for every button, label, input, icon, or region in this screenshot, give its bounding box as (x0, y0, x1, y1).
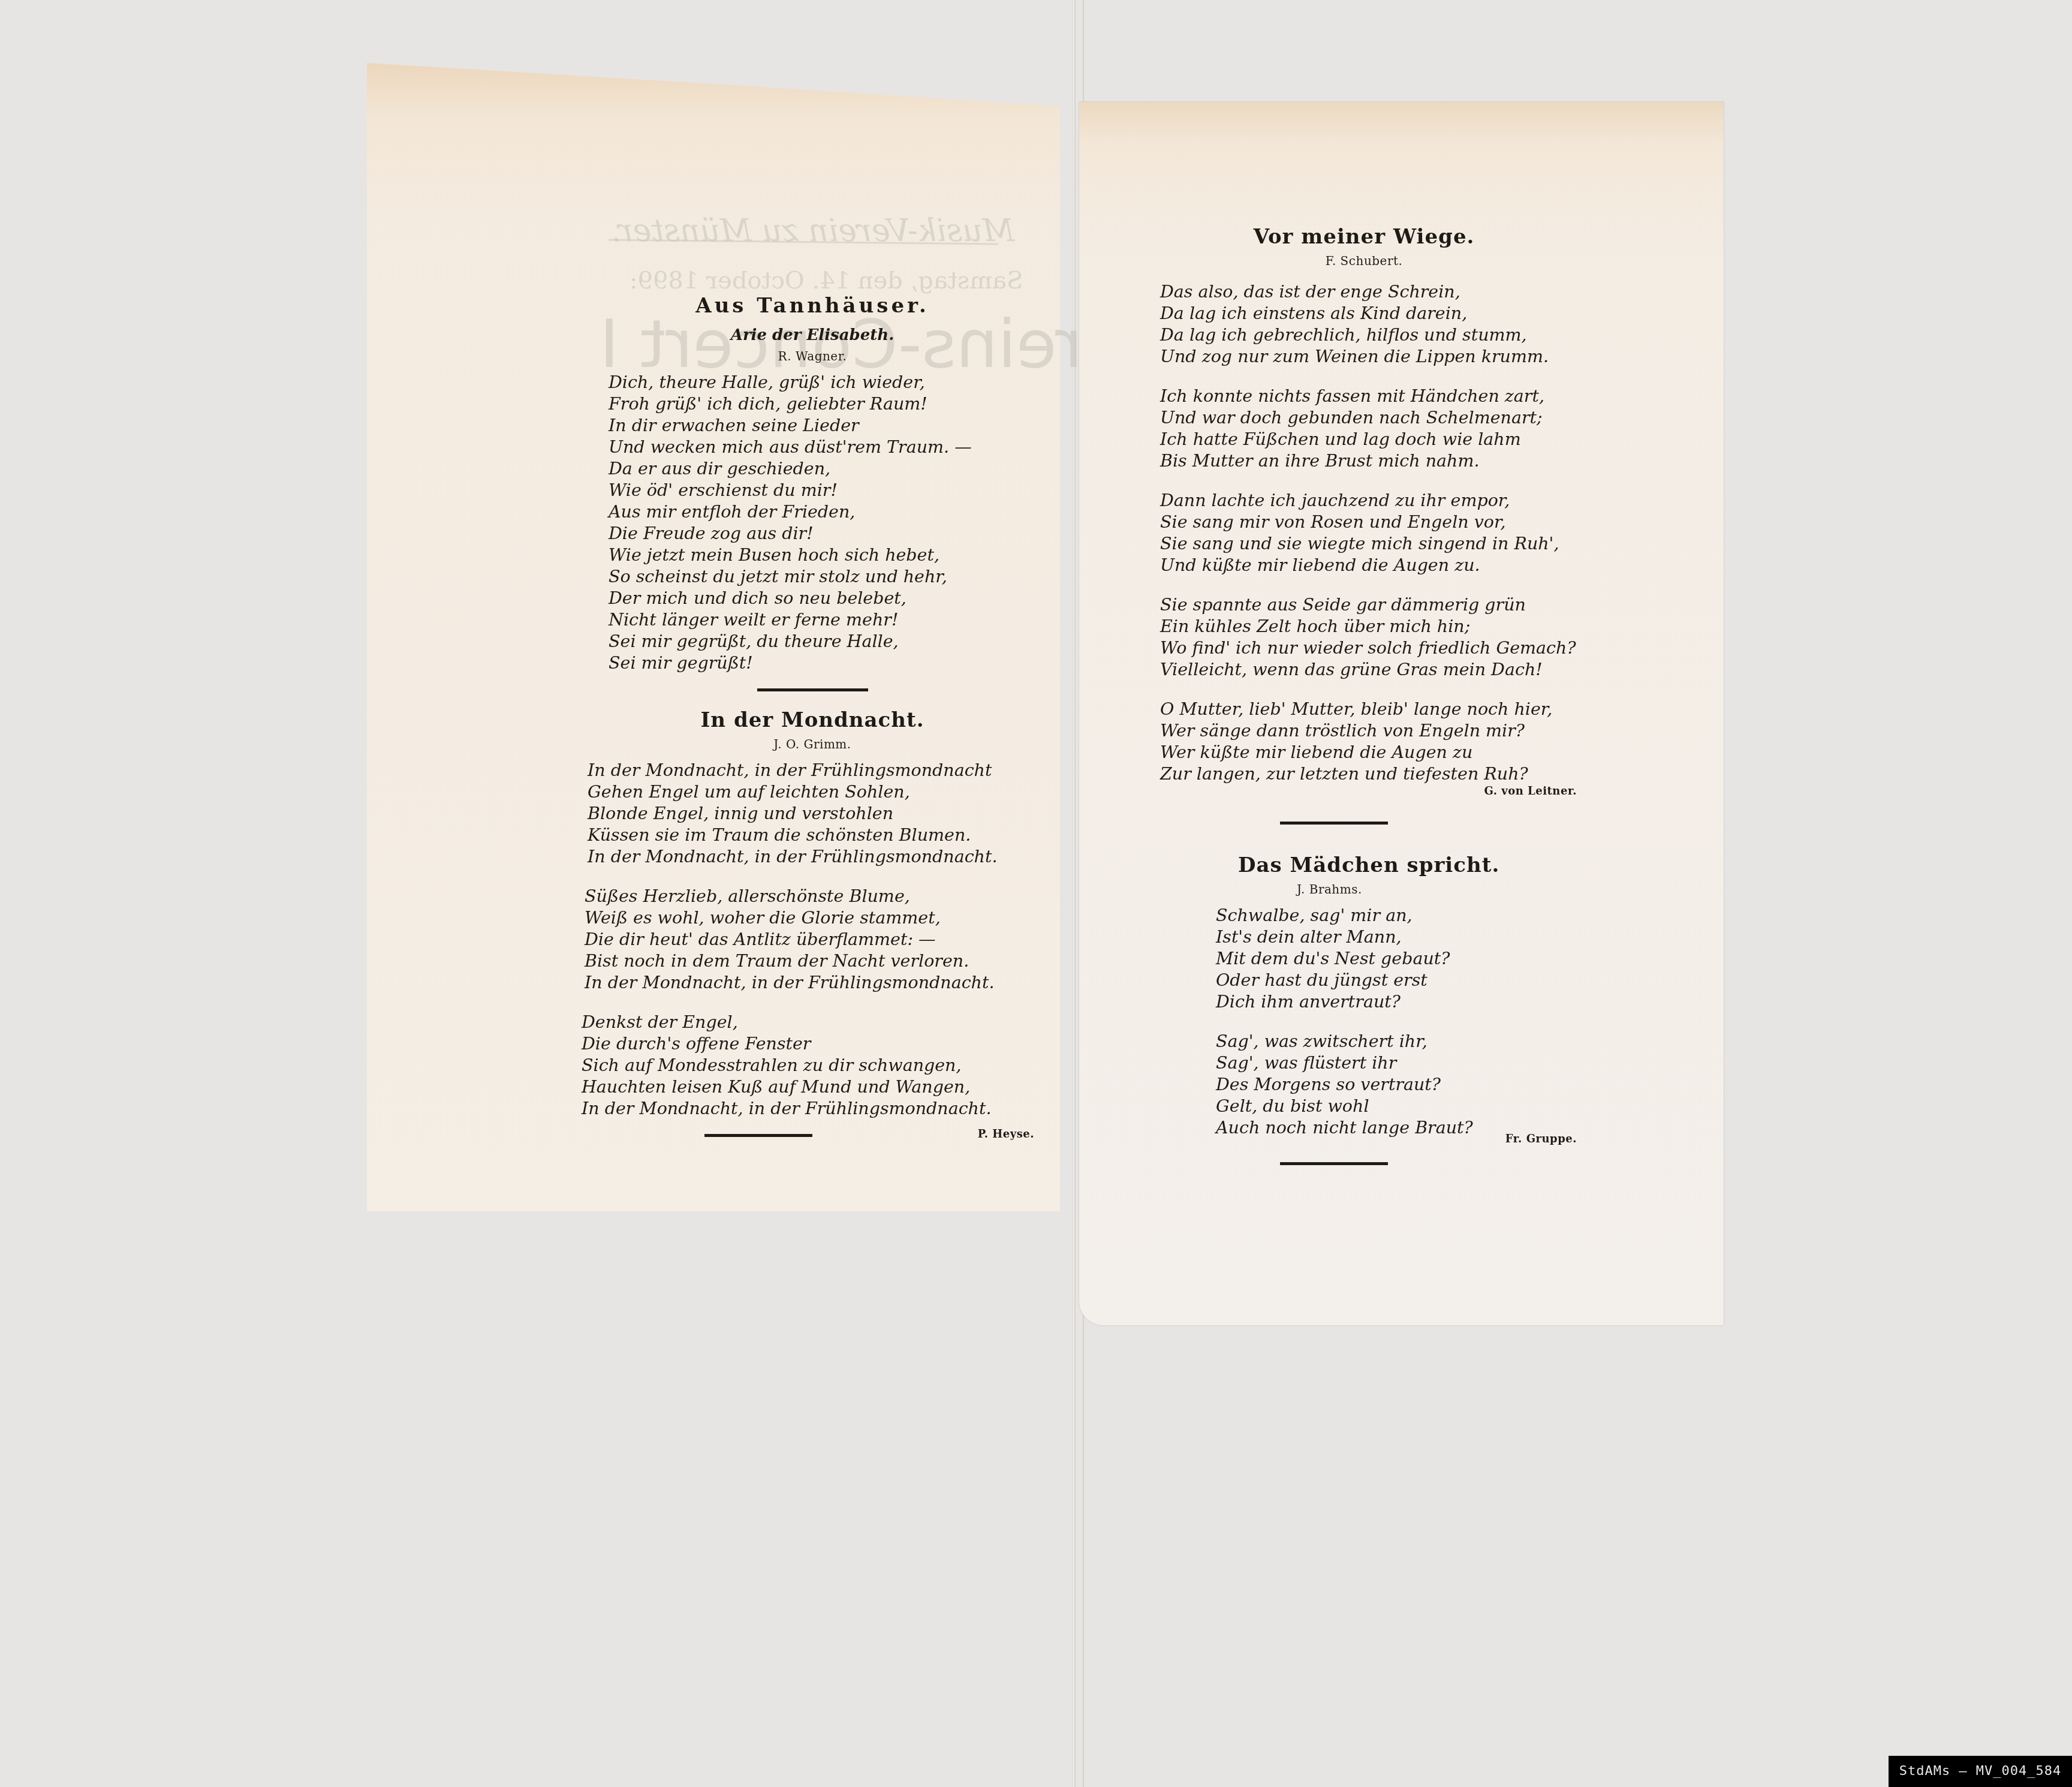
verse-line: Zur langen, zur letzten und tiefesten Ru… (1160, 763, 1568, 785)
verse-line: In dir erwachen seine Lieder (609, 415, 1022, 437)
stanza: In der Mondnacht, in der Frühlingsmondna… (588, 760, 1022, 868)
composer-name: R. Wagner. (603, 349, 1022, 363)
verse-line: Da er aus dir geschieden, (609, 458, 1022, 480)
verse-line: In der Mondnacht, in der Frühlingsmondna… (588, 760, 1022, 781)
verse-line: Wie öd' erschienst du mir! (609, 480, 1022, 501)
verse-line: Sei mir gegrüßt! (609, 652, 1022, 674)
composer-name: J. Brahms. (1297, 882, 1568, 896)
left-page-content: Aus Tannhäuser. Arie der Elisabeth. R. W… (603, 294, 1022, 1146)
verse-line: Nicht länger weilt er ferne mehr! (609, 609, 1022, 631)
verse-line: Sag', was flüstert ihr (1216, 1052, 1568, 1074)
stanza: Dich, theure Halle, grüß' ich wieder, Fr… (609, 372, 1022, 674)
mount-fold (1072, 0, 1076, 1787)
verse-line: Oder hast du jüngst erst (1216, 970, 1568, 991)
section-divider (1280, 822, 1388, 825)
verse-line: Küssen sie im Traum die schönsten Blumen… (588, 825, 1022, 846)
stanza: Sag', was zwitschert ihr, Sag', was flüs… (1216, 1031, 1568, 1139)
verse-line: Ist's dein alter Mann, (1216, 926, 1568, 948)
verse-line: Vielleicht, wenn das grüne Gras mein Dac… (1160, 659, 1568, 681)
verse-line: Die dir heut' das Antlitz überflammet: — (585, 929, 1022, 950)
verse-line: Denkst der Engel, (582, 1012, 1022, 1033)
verse-line: Süßes Herzlieb, allerschönste Blume, (585, 886, 1022, 907)
song-tannhaeuser: Aus Tannhäuser. Arie der Elisabeth. R. W… (603, 294, 1022, 691)
verse-line: Mit dem du's Nest gebaut? (1216, 948, 1568, 970)
verse-line: Schwalbe, sag' mir an, (1216, 905, 1568, 926)
verse-line: Dich ihm anvertraut? (1216, 991, 1568, 1013)
song-subtitle: Arie der Elisabeth. (603, 326, 1022, 344)
song-title: Vor meiner Wiege. (1160, 225, 1568, 249)
verse-line: In der Mondnacht, in der Frühlingsmondna… (582, 1098, 1022, 1120)
verse-line: Sich auf Mondesstrahlen zu dir schwangen… (582, 1055, 1022, 1076)
verse-line: Sie spannte aus Seide gar dämmerig grün (1160, 594, 1568, 616)
section-footer: P. Heyse. (603, 1128, 1022, 1146)
verse-line: Ich hatte Füßchen und lag doch wie lahm (1160, 429, 1568, 450)
verse-line: Sag', was zwitschert ihr, (1216, 1031, 1568, 1052)
verse-line: Sie sang mir von Rosen und Engeln vor, (1160, 512, 1568, 533)
verse-line: Und zog nur zum Weinen die Lippen krumm. (1160, 346, 1568, 368)
composer-name: F. Schubert. (1160, 254, 1568, 268)
song-vor-meiner-wiege: Vor meiner Wiege. F. Schubert. Das also,… (1160, 225, 1568, 825)
stanza: Dann lachte ich jauchzend zu ihr empor, … (1160, 490, 1568, 576)
verse-line: Froh grüß' ich dich, geliebter Raum! (609, 393, 1022, 415)
verse-line: Wer sänge dann tröstlich von Engeln mir? (1160, 720, 1568, 742)
verse-line: Wo find' ich nur wieder solch friedlich … (1160, 637, 1568, 659)
poet-name: P. Heyse. (978, 1128, 1034, 1141)
verse-line: In der Mondnacht, in der Frühlingsmondna… (588, 846, 1022, 868)
verse-line: Da lag ich einstens als Kind darein, (1160, 303, 1568, 324)
composer-name: J. O. Grimm. (603, 737, 1022, 751)
right-page-content: Vor meiner Wiege. F. Schubert. Das also,… (1160, 225, 1568, 1165)
verse-line: Das also, das ist der enge Schrein, (1160, 281, 1568, 303)
stanza: Sie spannte aus Seide gar dämmerig grün … (1160, 594, 1568, 681)
verse-line: So scheinst du jetzt mir stolz und hehr, (609, 566, 1022, 588)
stanza: Süßes Herzlieb, allerschönste Blume, Wei… (585, 886, 1022, 994)
stanza: Denkst der Engel, Die durch's offene Fen… (582, 1012, 1022, 1120)
verse-line: Weiß es wohl, woher die Glorie stammet, (585, 907, 1022, 929)
verse-line: O Mutter, lieb' Mutter, bleib' lange noc… (1160, 699, 1568, 720)
poet-name: G. von Leitner. (1160, 785, 1577, 798)
verse-line: Dich, theure Halle, grüß' ich wieder, (609, 372, 1022, 393)
verse-line: Sei mir gegrüßt, du theure Halle, (609, 631, 1022, 652)
verse-line: Dann lachte ich jauchzend zu ihr empor, (1160, 490, 1568, 512)
verse-line: Sie sang und sie wiegte mich singend in … (1160, 533, 1568, 555)
verse-line: Gehen Engel um auf leichten Sohlen, (588, 781, 1022, 803)
section-divider (757, 688, 868, 691)
verse-line: Ich konnte nichts fassen mit Händchen za… (1160, 386, 1568, 407)
verse-line: Blonde Engel, innig und verstohlen (588, 803, 1022, 825)
stanza: Schwalbe, sag' mir an, Ist's dein alter … (1216, 905, 1568, 1013)
verse-line: Und küßte mir liebend die Augen zu. (1160, 555, 1568, 576)
verse-line: Ein kühles Zelt hoch über mich hin; (1160, 616, 1568, 637)
verse-line: Die Freude zog aus dir! (609, 523, 1022, 544)
verse-line: In der Mondnacht, in der Frühlingsmondna… (585, 972, 1022, 994)
verse-line: Der mich und dich so neu belebet, (609, 588, 1022, 609)
song-title: In der Mondnacht. (603, 708, 1022, 732)
verse-line: Wie jetzt mein Busen hoch sich hebet, (609, 544, 1022, 566)
verse-line: Die durch's offene Fenster (582, 1033, 1022, 1055)
song-title: Das Mädchen spricht. (1238, 853, 1568, 877)
verse-line: Und war doch gebunden nach Schelmenart; (1160, 407, 1568, 429)
song-das-maedchen-spricht: Das Mädchen spricht. J. Brahms. Schwalbe… (1160, 853, 1568, 1165)
verse-line: Des Morgens so vertraut? (1216, 1074, 1568, 1096)
bleed-through-date: Samstag, den 14. October 1899: (630, 267, 1023, 294)
verse-line: Bist noch in dem Traum der Nacht verlore… (585, 950, 1022, 972)
verse-line: Wer küßte mir liebend die Augen zu (1160, 742, 1568, 763)
stanza: O Mutter, lieb' Mutter, bleib' lange noc… (1160, 699, 1568, 785)
section-divider (1280, 1162, 1388, 1165)
section-divider (704, 1134, 812, 1137)
stanza: Ich konnte nichts fassen mit Händchen za… (1160, 386, 1568, 472)
verse-line: Gelt, du bist wohl (1216, 1096, 1568, 1117)
verse-line: Bis Mutter an ihre Brust mich nahm. (1160, 450, 1568, 472)
verse-line: Da lag ich gebrechlich, hilflos und stum… (1160, 324, 1568, 346)
song-title: Aus Tannhäuser. (603, 294, 1022, 318)
verse-line: Und wecken mich aus düst'rem Traum. — (609, 437, 1022, 458)
song-in-der-mondnacht: In der Mondnacht. J. O. Grimm. In der Mo… (603, 708, 1022, 1146)
stanza: Das also, das ist der enge Schrein, Da l… (1160, 281, 1568, 368)
verse-line: Hauchten leisen Kuß auf Mund und Wangen, (582, 1076, 1022, 1098)
archive-stamp: StdAMs – MV_004_584 (1889, 1756, 2072, 1787)
verse-line: Aus mir entfloh der Frieden, (609, 501, 1022, 523)
